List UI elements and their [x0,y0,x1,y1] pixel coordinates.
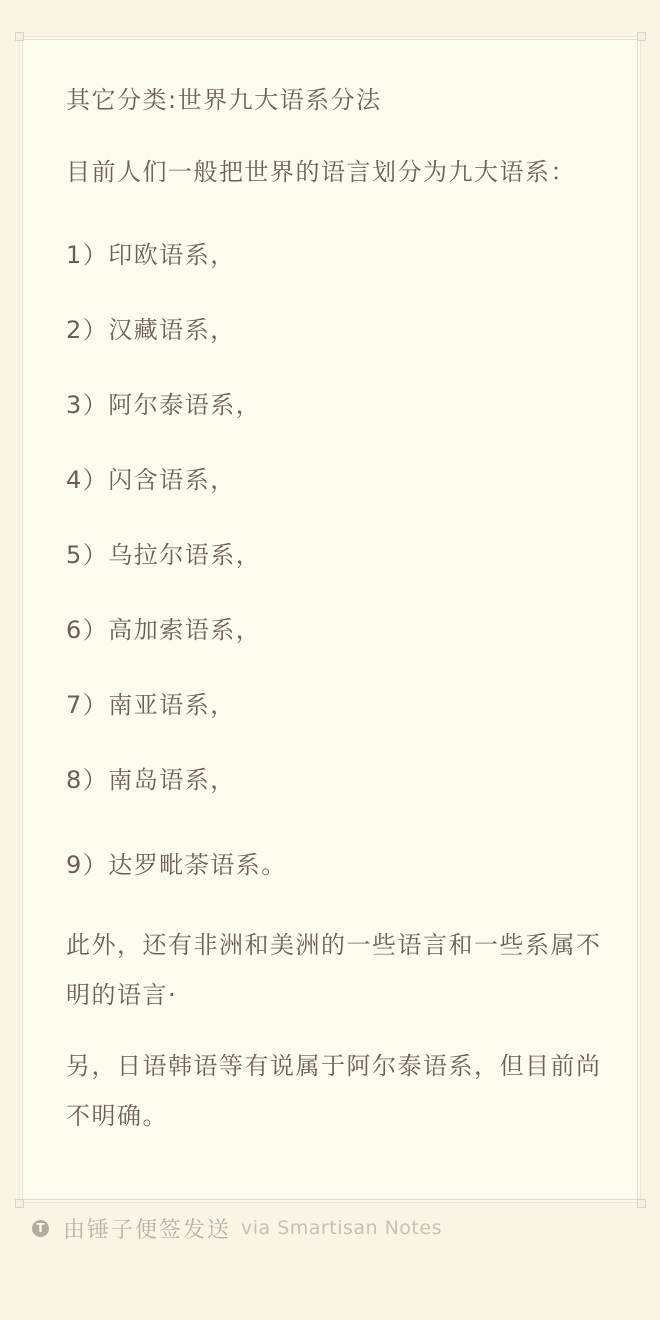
list-item-sino-tibetan: 2）汉藏语系， [66,313,287,388]
list-item-hamito-semitic: 4）闪含语系， [66,463,287,538]
list-item-altaic: 3）阿尔泰语系， [66,388,287,463]
list-item-indo-european: 1）印欧语系， [66,238,287,313]
note-intro: 目前人们一般把世界的语言划分为九大语系： [66,155,576,189]
note-paragraph-other-languages: 此外，还有非洲和美洲的一些语言和一些系属不明的语言· [66,920,603,1020]
footer-via-text: via Smartisan Notes [241,1217,442,1239]
note-title: 其它分类:世界九大语系分法 [66,83,382,117]
frame-corner-handle-bottom-left [15,1199,24,1208]
list-item-caucasian: 6）高加索语系， [66,613,287,688]
note-card-page: 其它分类:世界九大语系分法 目前人们一般把世界的语言划分为九大语系： 1）印欧语… [0,0,660,1320]
list-item-austronesian: 8）南岛语系， [66,763,287,838]
list-item-austroasiatic: 7）南亚语系， [66,688,287,763]
footer: T 由锤子便签发送 via Smartisan Notes [32,1211,442,1245]
frame-corner-handle-top-right [637,32,646,41]
smartisan-logo-icon: T [32,1220,49,1237]
list-item-uralic: 5）乌拉尔语系， [66,538,287,613]
note-paragraph-japanese-korean: 另，日语韩语等有说属于阿尔泰语系，但目前尚不明确。 [66,1041,603,1141]
footer-sent-text: 由锤子便签发送 [63,1213,231,1244]
frame-corner-handle-top-left [15,32,24,41]
list-item-dravidian: 9）达罗毗荼语系。 [66,838,287,923]
frame-corner-handle-bottom-right [637,1199,646,1208]
language-family-list: 1）印欧语系， 2）汉藏语系， 3）阿尔泰语系， 4）闪含语系， 5）乌拉尔语系… [66,238,287,923]
